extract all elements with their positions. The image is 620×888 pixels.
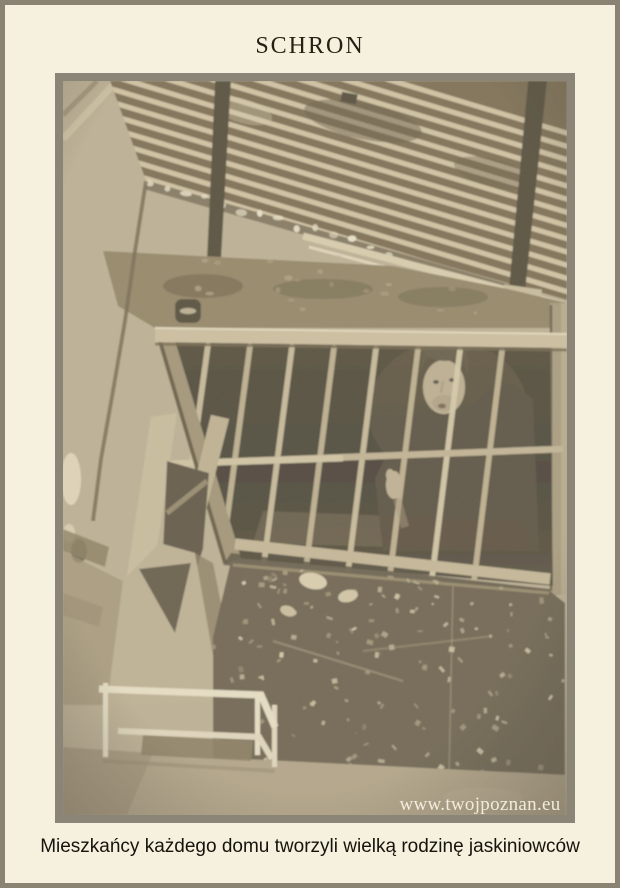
watermark-text: www.twojpoznan.eu: [399, 794, 560, 815]
shelter-photo: www.twojpoznan.eu: [63, 81, 567, 815]
photo-caption: Mieszkańcy każdego domu tworzyli wielką …: [5, 835, 615, 860]
page-title: SCHRON: [5, 34, 615, 58]
photo-frame: www.twojpoznan.eu: [55, 73, 575, 823]
page-root: SCHRON: [0, 0, 620, 888]
